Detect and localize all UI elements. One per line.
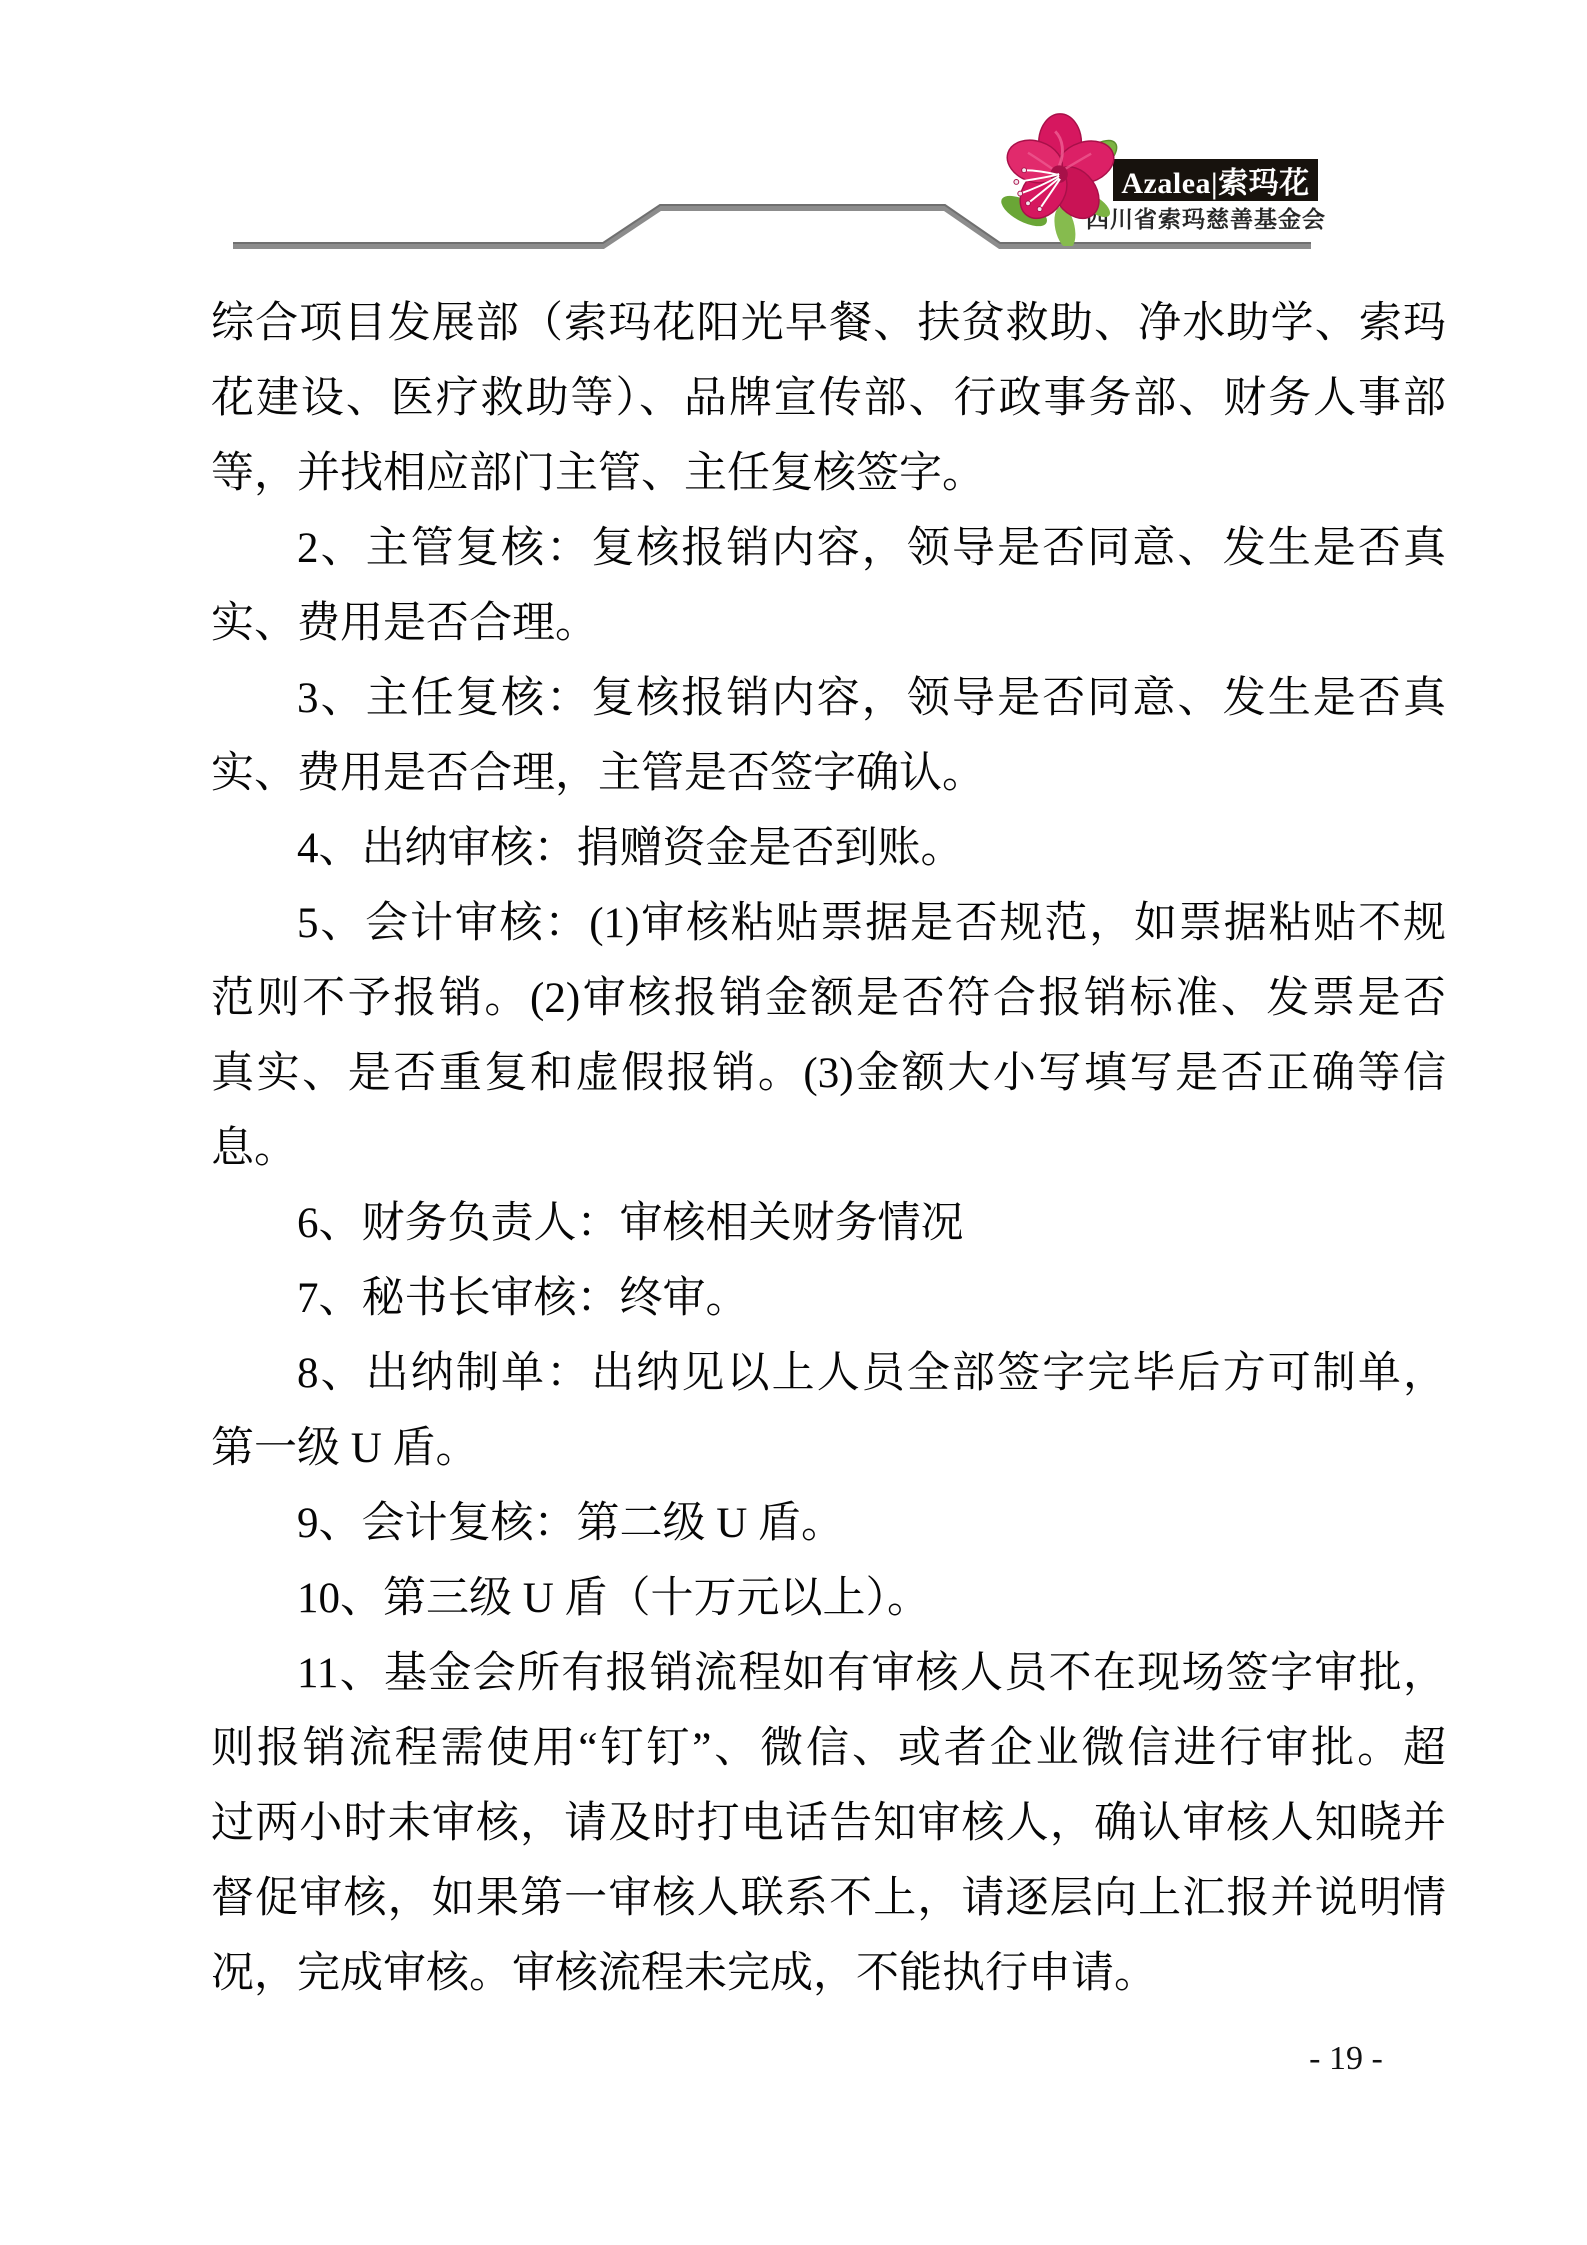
text-line: 综合项目发展部（索玛花阳光早餐、扶贫救助、净水助学、索玛 [211, 286, 1446, 361]
paragraph: 5、会计审核：(1)审核粘贴票据是否规范，如票据粘贴不规范则不予报销。(2)审核… [211, 886, 1446, 1186]
text-line: 况，完成审核。审核流程未完成，不能执行申请。 [211, 1936, 1446, 2011]
text-line: 5、会计审核：(1)审核粘贴票据是否规范，如票据粘贴不规 [211, 886, 1446, 961]
text-line: 10、第三级 U 盾（十万元以上）。 [211, 1561, 1446, 1636]
text-line: 11、基金会所有报销流程如有审核人员不在现场签字审批， [211, 1636, 1446, 1711]
text-line: 4、出纳审核：捐赠资金是否到账。 [211, 811, 1446, 886]
paragraph: 综合项目发展部（索玛花阳光早餐、扶贫救助、净水助学、索玛花建设、医疗救助等）、品… [211, 286, 1446, 511]
paragraph: 7、秘书长审核：终审。 [211, 1261, 1446, 1336]
text-line: 督促审核，如果第一审核人联系不上，请逐层向上汇报并说明情 [211, 1861, 1446, 1936]
logo-title: Azalea|索玛花 [1121, 158, 1309, 202]
page-number: - 19 - [1246, 2040, 1446, 2078]
text-line: 息。 [211, 1111, 1446, 1186]
document-page: Azalea|索玛花 四川省索玛慈善基金会 [0, 0, 1587, 2245]
text-line: 3、主任复核：复核报销内容，领导是否同意、发生是否真 [211, 661, 1446, 736]
text-line: 则报销流程需使用“钉钉”、微信、或者企业微信进行审批。超 [211, 1711, 1446, 1786]
paragraph: 6、财务负责人：审核相关财务情况 [211, 1186, 1446, 1261]
document-body: 综合项目发展部（索玛花阳光早餐、扶贫救助、净水助学、索玛花建设、医疗救助等）、品… [211, 286, 1446, 2011]
text-line: 实、费用是否合理。 [211, 586, 1446, 661]
text-line: 范则不予报销。(2)审核报销金额是否符合报销标准、发票是否 [211, 961, 1446, 1036]
text-line: 花建设、医疗救助等）、品牌宣传部、行政事务部、财务人事部 [211, 361, 1446, 436]
text-line: 9、会计复核：第二级 U 盾。 [211, 1486, 1446, 1561]
text-line: 8、出纳制单：出纳见以上人员全部签字完毕后方可制单， [211, 1336, 1446, 1411]
paragraph: 11、基金会所有报销流程如有审核人员不在现场签字审批，则报销流程需使用“钉钉”、… [211, 1636, 1446, 2011]
text-line: 等，并找相应部门主管、主任复核签字。 [211, 436, 1446, 511]
text-line: 过两小时未审核，请及时打电话告知审核人，确认审核人知晓并 [211, 1786, 1446, 1861]
paragraph: 10、第三级 U 盾（十万元以上）。 [211, 1561, 1446, 1636]
paragraph: 8、出纳制单：出纳见以上人员全部签字完毕后方可制单，第一级 U 盾。 [211, 1336, 1446, 1486]
azalea-flower-icon [998, 110, 1126, 246]
text-line: 真实、是否重复和虚假报销。(3)金额大小写填写是否正确等信 [211, 1036, 1446, 1111]
text-line: 6、财务负责人：审核相关财务情况 [211, 1186, 1446, 1261]
header-decorative-line [0, 0, 1587, 300]
paragraph: 4、出纳审核：捐赠资金是否到账。 [211, 811, 1446, 886]
logo-box: Azalea|索玛花 [1113, 159, 1318, 201]
text-line: 7、秘书长审核：终审。 [211, 1261, 1446, 1336]
paragraph: 2、主管复核：复核报销内容，领导是否同意、发生是否真实、费用是否合理。 [211, 511, 1446, 661]
paragraph: 3、主任复核：复核报销内容，领导是否同意、发生是否真实、费用是否合理，主管是否签… [211, 661, 1446, 811]
text-line: 2、主管复核：复核报销内容，领导是否同意、发生是否真 [211, 511, 1446, 586]
text-line: 第一级 U 盾。 [211, 1411, 1446, 1486]
paragraph: 9、会计复核：第二级 U 盾。 [211, 1486, 1446, 1561]
text-line: 实、费用是否合理，主管是否签字确认。 [211, 736, 1446, 811]
